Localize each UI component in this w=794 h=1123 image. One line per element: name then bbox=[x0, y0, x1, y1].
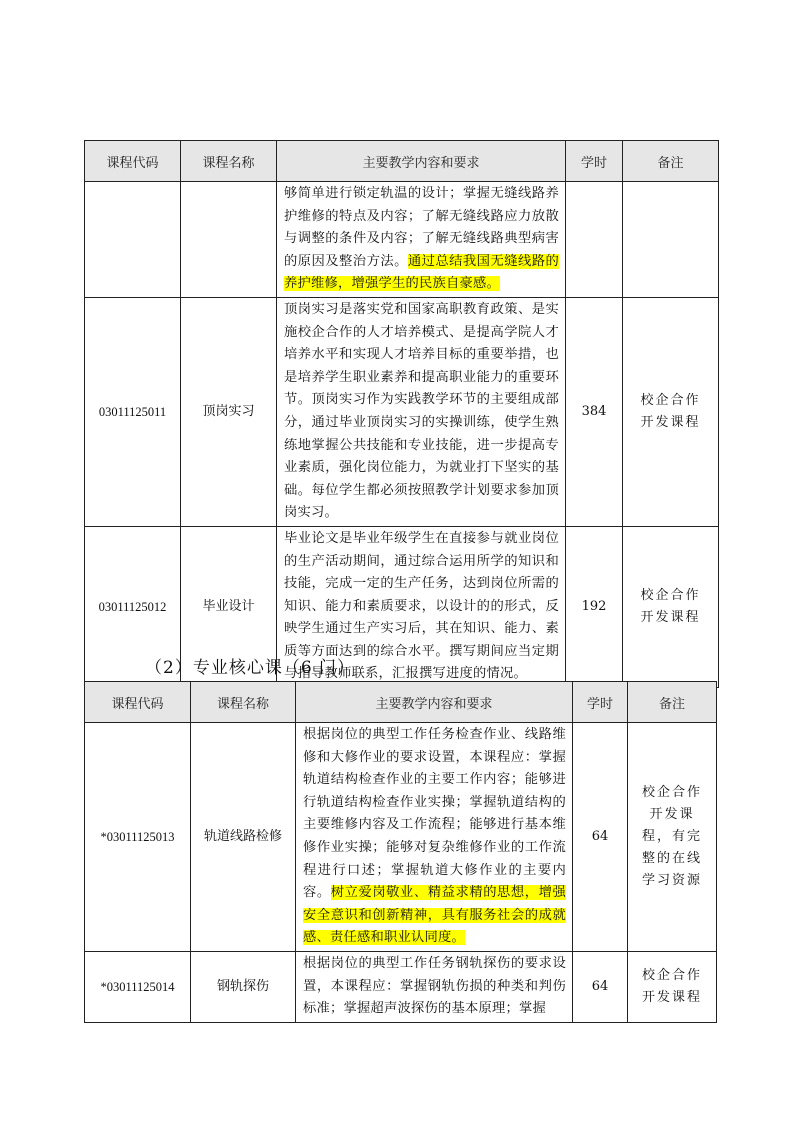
header-course-code: 课程代码 bbox=[85, 682, 191, 723]
content-highlight: 树立爱岗敬业、精益求精的思想，增强安全意识和创新精神，具有服务社会的成就感、责任… bbox=[303, 885, 566, 945]
course-name bbox=[181, 182, 277, 298]
remark-text: 校企合作开发课程 bbox=[636, 965, 708, 1009]
header-course-code: 课程代码 bbox=[85, 141, 181, 182]
header-course-name: 课程名称 bbox=[191, 682, 296, 723]
remark-text: 校企合作开发课程 bbox=[635, 390, 707, 434]
course-content: 够简单进行锁定轨温的设计；掌握无缝线路养护维修的特点及内容；了解无缝线路应力放散… bbox=[277, 182, 566, 298]
table-row: 够简单进行锁定轨温的设计；掌握无缝线路养护维修的特点及内容；了解无缝线路应力放散… bbox=[85, 182, 719, 298]
course-remark: 校企合作开发课程 bbox=[628, 951, 717, 1022]
course-remark: 校企合作开发课程 bbox=[623, 297, 719, 526]
course-remark bbox=[623, 182, 719, 298]
course-content: 根据岗位的典型工作任务检查作业、线路维修和大修作业的要求设置，本课程应：掌握轨道… bbox=[296, 723, 573, 952]
header-content: 主要教学内容和要求 bbox=[277, 141, 566, 182]
header-hours: 学时 bbox=[566, 141, 623, 182]
content-text: 根据岗位的典型工作任务钢轨探伤的要求设置，本课程应：掌握钢轨伤损的种类和判伤标准… bbox=[303, 956, 566, 1016]
course-name: 钢轨探伤 bbox=[191, 951, 296, 1022]
course-remark: 校企合作开发课程 bbox=[623, 526, 719, 687]
remark-text: 校企合作开发课程，有完整的在线学习资源 bbox=[636, 782, 708, 892]
table-row: *03011125013 轨道线路检修 根据岗位的典型工作任务检查作业、线路维修… bbox=[85, 723, 717, 952]
course-hours: 192 bbox=[566, 526, 623, 687]
header-content: 主要教学内容和要求 bbox=[296, 682, 573, 723]
content-text: 顶岗实习是落实党和国家高职教育政策、是实施校企合作的人才培养模式、是提高学院人才… bbox=[284, 302, 559, 520]
content-text: 根据岗位的典型工作任务检查作业、线路维修和大修作业的要求设置，本课程应：掌握轨道… bbox=[303, 727, 566, 900]
course-content: 根据岗位的典型工作任务钢轨探伤的要求设置，本课程应：掌握钢轨伤损的种类和判伤标准… bbox=[296, 951, 573, 1022]
header-remark: 备注 bbox=[628, 682, 717, 723]
course-code: 03011125011 bbox=[85, 297, 181, 526]
table-header-row: 课程代码 课程名称 主要教学内容和要求 学时 备注 bbox=[85, 141, 719, 182]
course-hours: 64 bbox=[573, 723, 628, 952]
course-code bbox=[85, 182, 181, 298]
course-remark: 校企合作开发课程，有完整的在线学习资源 bbox=[628, 723, 717, 952]
header-hours: 学时 bbox=[573, 682, 628, 723]
course-hours: 384 bbox=[566, 297, 623, 526]
course-table-practice: 课程代码 课程名称 主要教学内容和要求 学时 备注 够简单进行锁定轨温的设计；掌… bbox=[84, 140, 719, 688]
header-remark: 备注 bbox=[623, 141, 719, 182]
course-name: 轨道线路检修 bbox=[191, 723, 296, 952]
table-header-row: 课程代码 课程名称 主要教学内容和要求 学时 备注 bbox=[85, 682, 717, 723]
table-row: *03011125014 钢轨探伤 根据岗位的典型工作任务钢轨探伤的要求设置，本… bbox=[85, 951, 717, 1022]
course-content: 顶岗实习是落实党和国家高职教育政策、是实施校企合作的人才培养模式、是提高学院人才… bbox=[277, 297, 566, 526]
header-course-name: 课程名称 bbox=[181, 141, 277, 182]
section-heading-core-courses: （2）专业核心课（6 门） bbox=[145, 653, 355, 678]
course-code: *03011125013 bbox=[85, 723, 191, 952]
course-table-core: 课程代码 课程名称 主要教学内容和要求 学时 备注 *03011125013 轨… bbox=[84, 681, 717, 1023]
course-hours: 64 bbox=[573, 951, 628, 1022]
table-row: 03011125011 顶岗实习 顶岗实习是落实党和国家高职教育政策、是实施校企… bbox=[85, 297, 719, 526]
course-name: 顶岗实习 bbox=[181, 297, 277, 526]
remark-text: 校企合作开发课程 bbox=[635, 585, 707, 629]
course-code: *03011125014 bbox=[85, 951, 191, 1022]
course-hours bbox=[566, 182, 623, 298]
